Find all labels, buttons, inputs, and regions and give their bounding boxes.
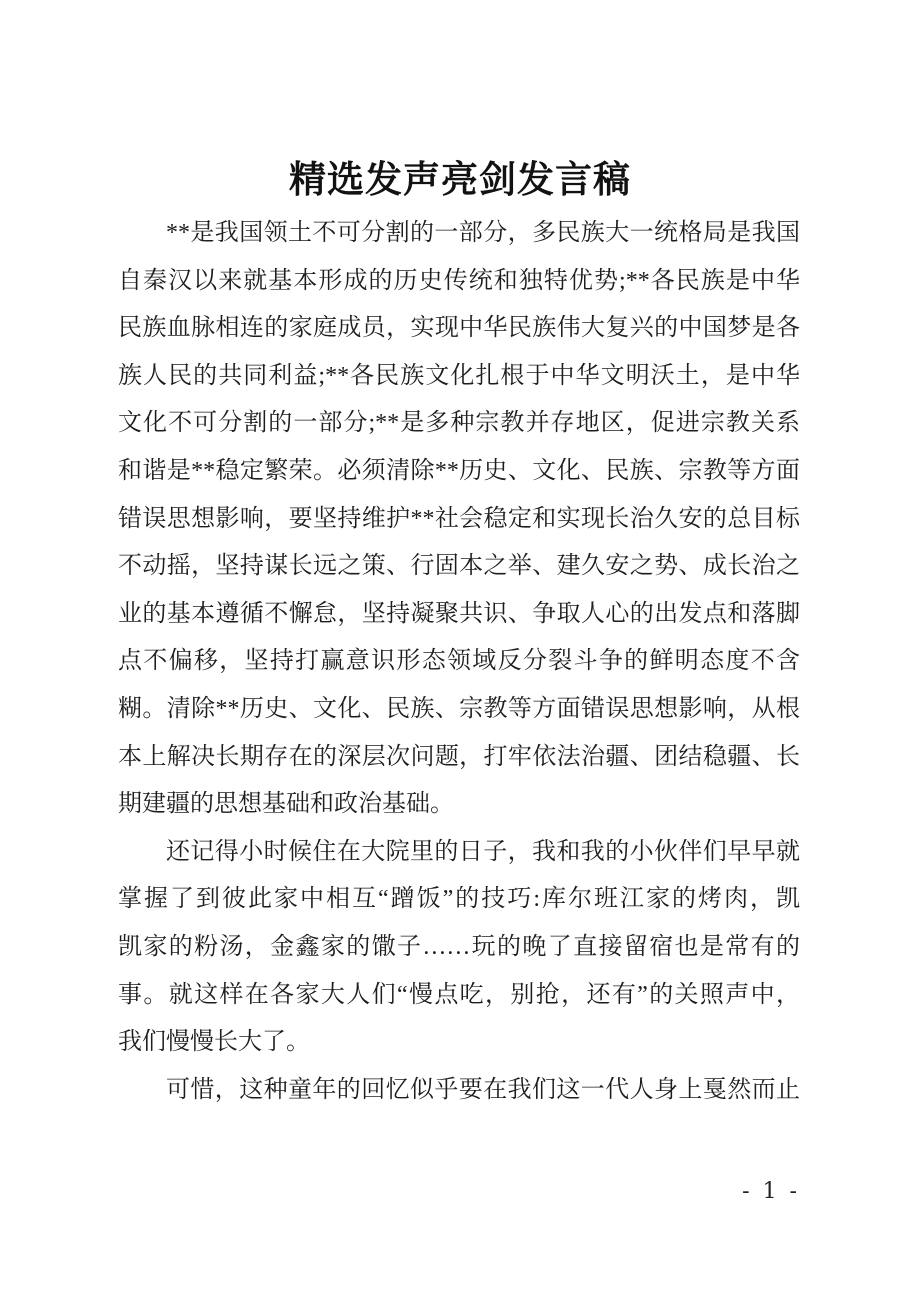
- text-line: 糊。清除**历史、文化、民族、宗教等方面错误思想影响，从根: [118, 686, 800, 734]
- paragraph: **是我国领土不可分割的一部分，多民族大一统格局是我国自秦汉以来就基本形成的历史…: [118, 210, 800, 829]
- text-line: 期建疆的思想基础和政治基础。: [118, 781, 800, 829]
- text-line: 自秦汉以来就基本形成的历史传统和独特优势;**各民族是中华: [118, 258, 800, 306]
- text-line: 可惜，这种童年的回忆似乎要在我们这一代人身上戛然而止: [118, 1067, 800, 1115]
- text-line: 错误思想影响，要坚持维护**社会稳定和实现长治久安的总目标: [118, 496, 800, 544]
- text-line: 不动摇，坚持谋长远之策、行固本之举、建久安之势、成长治之: [118, 543, 800, 591]
- page-number: - 1 -: [742, 1179, 800, 1204]
- paragraph: 可惜，这种童年的回忆似乎要在我们这一代人身上戛然而止: [118, 1067, 800, 1115]
- page-footer: - 1 -: [118, 1180, 800, 1204]
- text-line: 民族血脉相连的家庭成员，实现中华民族伟大复兴的中国梦是各: [118, 305, 800, 353]
- text-line: 还记得小时候住在大院里的日子，我和我的小伙伴们早早就: [118, 829, 800, 877]
- text-line: 掌握了到彼此家中相互“蹭饭”的技巧:库尔班江家的烤肉，凯: [118, 876, 800, 924]
- text-line: 业的基本遵循不懈怠，坚持凝聚共识、争取人心的出发点和落脚: [118, 591, 800, 639]
- document-page: 精选发声亮剑发言稿 **是我国领土不可分割的一部分，多民族大一统格局是我国自秦汉…: [0, 0, 920, 1302]
- document-body: **是我国领土不可分割的一部分，多民族大一统格局是我国自秦汉以来就基本形成的历史…: [118, 210, 800, 1114]
- text-line: 事。就这样在各家大人们“慢点吃，别抢，还有”的关照声中，: [118, 972, 800, 1020]
- paragraph: 还记得小时候住在大院里的日子，我和我的小伙伴们早早就掌握了到彼此家中相互“蹭饭”…: [118, 829, 800, 1067]
- text-line: 我们慢慢长大了。: [118, 1019, 800, 1067]
- document-title: 精选发声亮剑发言稿: [0, 160, 920, 201]
- text-line: 和谐是**稳定繁荣。必须清除**历史、文化、民族、宗教等方面: [118, 448, 800, 496]
- text-line: 文化不可分割的一部分;**是多种宗教并存地区，促进宗教关系: [118, 400, 800, 448]
- text-line: 凯家的粉汤，金鑫家的馓子……玩的晚了直接留宿也是常有的: [118, 924, 800, 972]
- text-line: **是我国领土不可分割的一部分，多民族大一统格局是我国: [118, 210, 800, 258]
- text-line: 点不偏移，坚持打赢意识形态领域反分裂斗争的鲜明态度不含: [118, 638, 800, 686]
- text-line: 族人民的共同利益;**各民族文化扎根于中华文明沃土，是中华: [118, 353, 800, 401]
- text-line: 本上解决长期存在的深层次问题，打牢依法治疆、团结稳疆、长: [118, 734, 800, 782]
